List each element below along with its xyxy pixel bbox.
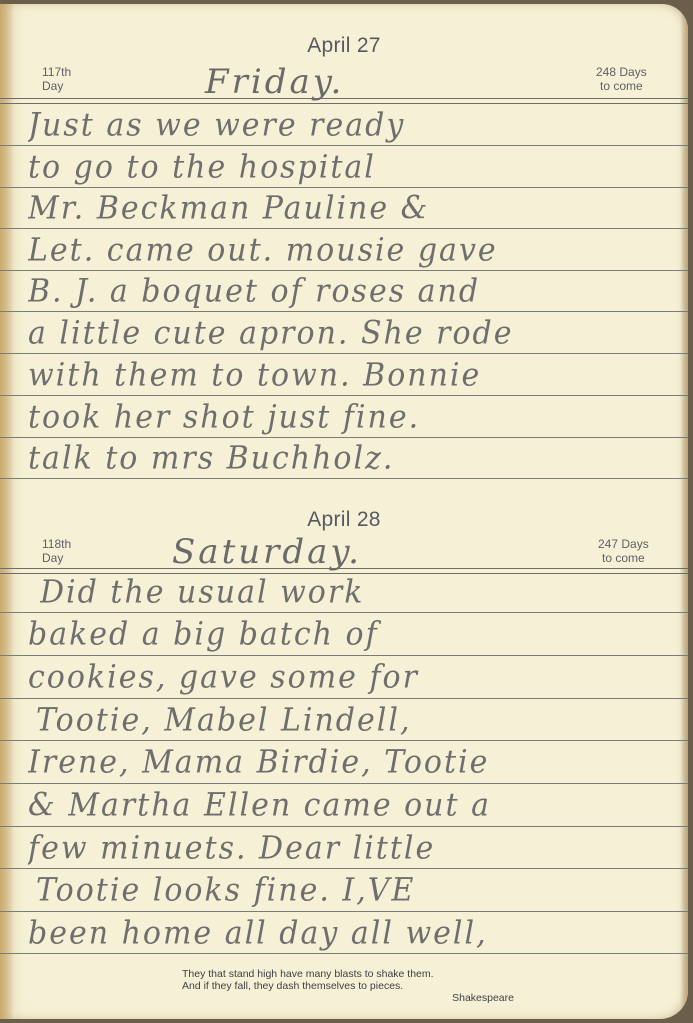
journal-line: Tootie looks fine. I,VE xyxy=(36,872,674,909)
ruled-line xyxy=(0,612,688,613)
ruled-line xyxy=(0,478,688,479)
journal-line: Did the usual work xyxy=(40,574,674,611)
days-remaining: 247 Days to come xyxy=(598,537,649,565)
footer-quote: They that stand high have many blasts to… xyxy=(182,968,522,1004)
ruled-line xyxy=(0,655,688,656)
journal-line: cookies, gave some for xyxy=(28,659,674,696)
days-remaining-label: to come xyxy=(598,551,649,565)
journal-line: been home all day all well, xyxy=(28,915,674,952)
journal-line: Irene, Mama Birdie, Tootie xyxy=(28,744,674,781)
ruled-line xyxy=(0,826,688,827)
journal-line: baked a big batch of xyxy=(28,616,674,653)
ruled-line xyxy=(0,783,688,784)
day-of-year: 117th Day xyxy=(42,65,71,93)
ruled-line xyxy=(0,740,688,741)
quote-author: Shakespeare xyxy=(182,992,522,1004)
weekday-handwritten: Friday. xyxy=(205,62,344,102)
journal-line: Let. came out. mousie gave xyxy=(28,232,674,269)
day-of-year-label: Day xyxy=(42,551,71,565)
entry-date: April 27 xyxy=(0,34,688,58)
journal-line: to go to the hospital xyxy=(28,149,674,186)
header-double-rule xyxy=(0,568,688,574)
day-of-year-number: 118th xyxy=(42,537,71,551)
journal-line: Just as we were ready xyxy=(28,107,674,144)
quote-line-2: And if they fall, they dash themselves t… xyxy=(182,980,522,992)
days-remaining: 248 Days to come xyxy=(596,65,647,93)
ruled-line xyxy=(0,698,688,699)
ruled-line xyxy=(0,353,688,354)
weekday-handwritten: Saturday. xyxy=(172,532,362,572)
journal-line: & Martha Ellen came out a xyxy=(28,787,674,824)
ruled-line xyxy=(0,145,688,146)
header-double-rule xyxy=(0,98,688,104)
diary-page: April 27 117th Day 248 Days to come Frid… xyxy=(0,4,688,1019)
journal-line: talk to mrs Buchholz. xyxy=(28,440,674,477)
journal-line: Mr. Beckman Pauline & xyxy=(28,190,674,227)
ruled-line xyxy=(0,187,688,188)
ruled-line xyxy=(0,911,688,912)
journal-line: with them to town. Bonnie xyxy=(28,357,674,394)
ruled-line xyxy=(0,311,688,312)
days-remaining-number: 248 Days xyxy=(596,65,647,79)
ruled-line xyxy=(0,228,688,229)
journal-line: Tootie, Mabel Lindell, xyxy=(36,702,674,739)
journal-line: a little cute apron. She rode xyxy=(28,315,674,352)
ruled-line xyxy=(0,868,688,869)
days-remaining-label: to come xyxy=(596,79,647,93)
days-remaining-number: 247 Days xyxy=(598,537,649,551)
day-of-year-number: 117th xyxy=(42,65,71,79)
journal-line: took her shot just fine. xyxy=(28,399,674,436)
day-of-year-label: Day xyxy=(42,79,71,93)
ruled-line xyxy=(0,953,688,954)
entry-date: April 28 xyxy=(0,508,688,532)
quote-line-1: They that stand high have many blasts to… xyxy=(182,968,522,980)
journal-line: B. J. a boquet of roses and xyxy=(28,273,674,310)
journal-line: few minuets. Dear little xyxy=(28,830,674,867)
ruled-line xyxy=(0,395,688,396)
day-of-year: 118th Day xyxy=(42,537,71,565)
ruled-line xyxy=(0,437,688,438)
ruled-line xyxy=(0,270,688,271)
